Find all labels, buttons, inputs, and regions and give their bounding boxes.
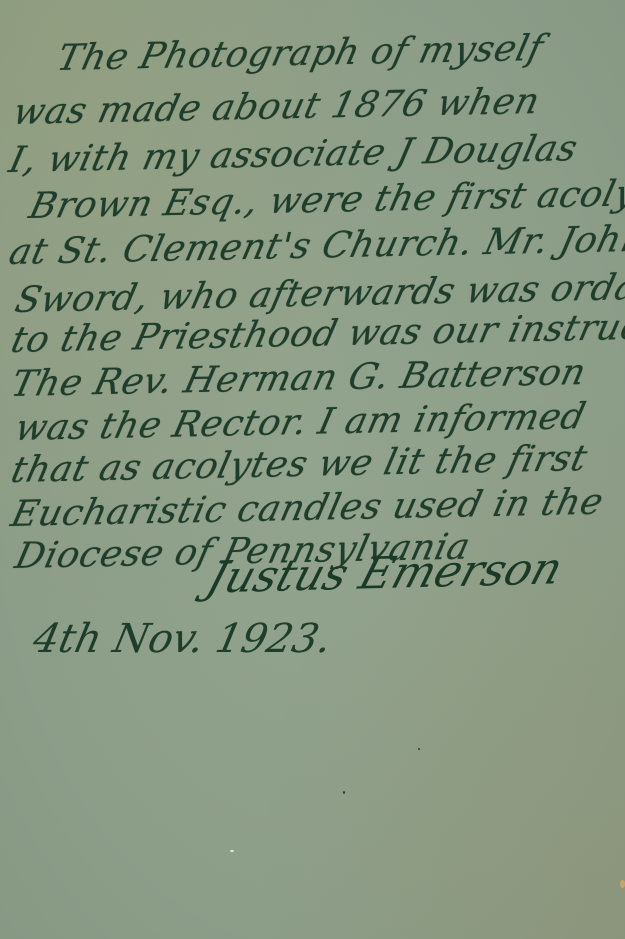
signature: Justus Emerson (201, 543, 569, 603)
text-line-2: was made about 1876 when (9, 81, 543, 133)
paper-speck (620, 880, 625, 888)
text-line-1: The Photograph of myself (53, 28, 547, 79)
paper-speck (418, 748, 420, 750)
text-line-11: Eucharistic candles used in the (7, 482, 607, 535)
handwritten-card: The Photograph of myself was made about … (0, 0, 625, 939)
date: 4th Nov. 1923. (29, 616, 336, 662)
paper-speck (343, 791, 345, 794)
text-line-4: Brown Esq., were the first acolytes (25, 172, 625, 227)
paper-speck (230, 850, 234, 852)
text-line-3: I, with my associate J Douglas (5, 128, 581, 181)
text-line-5: at St. Clement's Church. Mr. John (5, 219, 625, 273)
